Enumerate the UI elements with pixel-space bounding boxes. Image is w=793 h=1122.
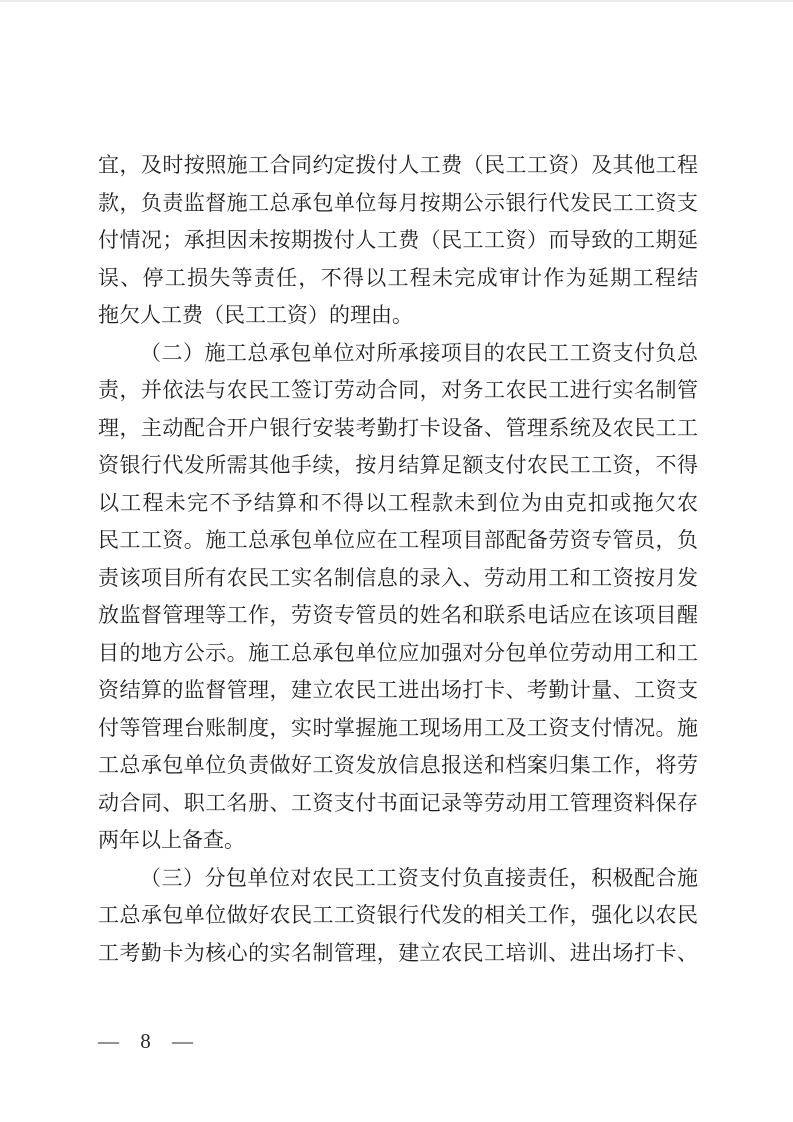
text-line: 责该项目所有农民工实名制信息的录入、劳动用工和工资按月发 bbox=[98, 560, 698, 598]
body-text: 宜，及时按照施工合同约定拨付人工费（民工工资）及其他工程 款，负责监督施工总承包… bbox=[98, 147, 698, 972]
text-line: 工总承包单位负责做好工资发放信息报送和档案归集工作，将劳 bbox=[98, 747, 698, 785]
text-line: 责，并依法与农民工签订劳动合同，对务工农民工进行实名制管 bbox=[98, 372, 698, 410]
text-line: 放监督管理等工作，劳资专管员的姓名和联系电话应在该项目醒 bbox=[98, 597, 698, 635]
text-line: 付等管理台账制度，实时掌握施工现场用工及工资支付情况。施 bbox=[98, 710, 698, 748]
page-number: — 8 — bbox=[98, 1029, 194, 1053]
text-line: 拖欠人工费（民工工资）的理由。 bbox=[98, 297, 698, 335]
text-line: 款，负责监督施工总承包单位每月按期公示银行代发民工工资支 bbox=[98, 185, 698, 223]
text-line: 以工程未完不予结算和不得以工程款未到位为由克扣或拖欠农 bbox=[98, 485, 698, 523]
text-line: 两年以上备查。 bbox=[98, 822, 698, 860]
text-line: 民工工资。施工总承包单位应在工程项目部配备劳资专管员，负 bbox=[98, 522, 698, 560]
document-page: 宜，及时按照施工合同约定拨付人工费（民工工资）及其他工程 款，负责监督施工总承包… bbox=[0, 0, 793, 1122]
text-line: 动合同、职工名册、工资支付书面记录等劳动用工管理资料保存 bbox=[98, 785, 698, 823]
text-line: 目的地方公示。施工总承包单位应加强对分包单位劳动用工和工 bbox=[98, 635, 698, 673]
text-line: （三）分包单位对农民工工资支付负直接责任，积极配合施 bbox=[98, 860, 698, 898]
text-line: （二）施工总承包单位对所承接项目的农民工工资支付负总 bbox=[98, 335, 698, 373]
page-footer: — 8 — bbox=[98, 1026, 298, 1056]
scan-edge-artifact bbox=[0, 0, 793, 2]
text-line: 资银行代发所需其他手续，按月结算足额支付农民工工资，不得 bbox=[98, 447, 698, 485]
text-line: 资结算的监督管理，建立农民工进出场打卡、考勤计量、工资支 bbox=[98, 672, 698, 710]
text-line: 误、停工损失等责任，不得以工程未完成审计作为延期工程结算、 bbox=[98, 260, 698, 298]
text-line: 工考勤卡为核心的实名制管理，建立农民工培训、进出场打卡、 bbox=[98, 935, 698, 973]
text-line: 宜，及时按照施工合同约定拨付人工费（民工工资）及其他工程 bbox=[98, 147, 698, 185]
text-line: 付情况；承担因未按期拨付人工费（民工工资）而导致的工期延 bbox=[98, 222, 698, 260]
text-line: 理，主动配合开户银行安装考勤打卡设备、管理系统及农民工工 bbox=[98, 410, 698, 448]
text-line: 工总承包单位做好农民工工资银行代发的相关工作，强化以农民 bbox=[98, 897, 698, 935]
